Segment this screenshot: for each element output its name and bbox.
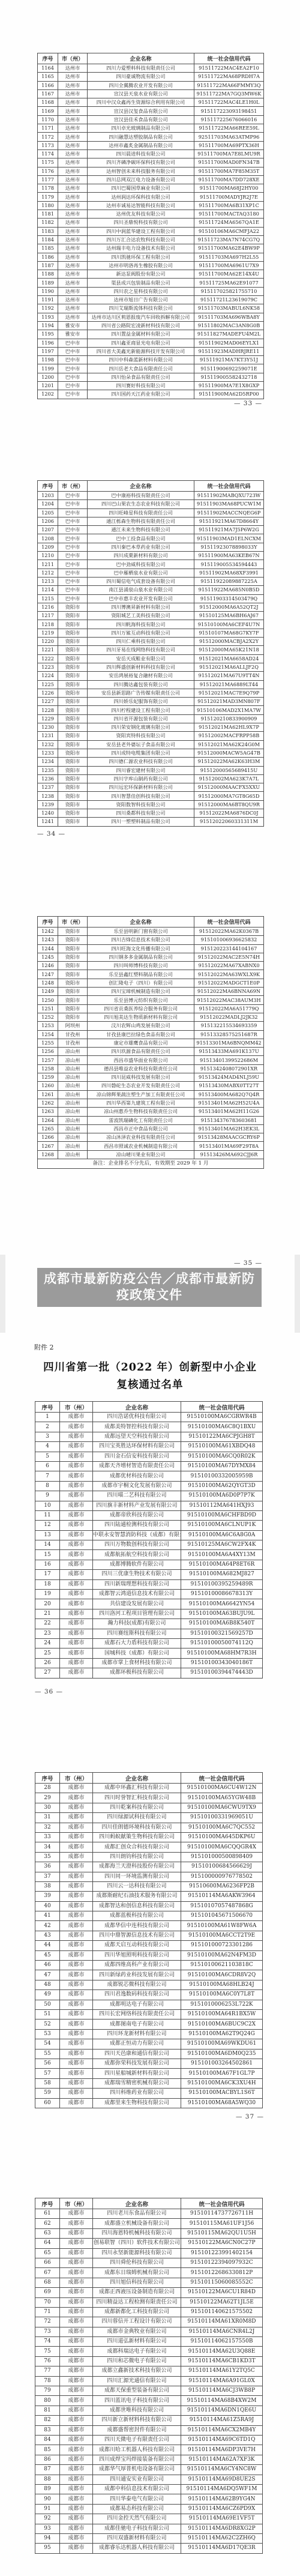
row-number-cell: 1184: [38, 235, 58, 244]
company-name-cell: 达州市鑫炙金属制品有限公司: [88, 141, 194, 149]
row-number-cell: 42: [35, 1921, 60, 1931]
table-row: 95成都市成都睿乐达机器人科技有限公司91510114MA6D17QE3R: [35, 2544, 263, 2553]
city-cell: 凉山州: [58, 1116, 88, 1124]
table-row: 27成都市成都环极科技有限公司91510100394474443D: [35, 1668, 263, 1678]
credit-code-cell: 91510100050074112Q: [181, 1638, 263, 1648]
company-name-cell: 四川省贡桑医养综合服务有限公司: [88, 1004, 194, 1013]
table-row: 1231资阳市资阳宾特科技有限公司91512002MACFRPP58B: [38, 732, 264, 740]
page-edge-shadow-left: [0, 1255, 5, 1333]
column-header: 市（州）: [58, 917, 88, 928]
table-row: 51成都市四川长宏网络科技有限责任公司91510100MA64R1BX5W: [35, 2009, 263, 2019]
company-name-cell: 西昌市照诚农业机械制造有限公司: [88, 1142, 194, 1150]
company-name-cell: 四川磐砣生态农业开发有限责任公司: [88, 1082, 194, 1090]
table-row: 11成都市成都帝欣科技有限公司91510100MA6CHFBD9D: [35, 1510, 263, 1520]
city-cell: 资阳市: [58, 629, 88, 637]
row-number-cell: 5: [35, 1452, 60, 1461]
table-row: 94成都市四川双盛新材料有限公司91510114MA62C2ZH6Q: [35, 2533, 263, 2543]
row-number-cell: 71: [35, 2307, 60, 2317]
table-row: 58成都市成都瑞雪精密机械有限公司91510100MA6CK3XU4H: [35, 2078, 263, 2088]
city-cell: 阿坝州: [58, 1022, 88, 1030]
company-name-cell: 巴中康裕科技有限责任公司: [88, 492, 194, 500]
row-number-cell: 1215: [38, 594, 58, 603]
credit-code-cell: 91510100MA6CGRWR4B: [181, 1413, 263, 1422]
row-number-cell: 1249: [38, 988, 58, 996]
credit-code-cell: 91511923MADHRJRE11: [194, 347, 264, 355]
company-name-cell: 西昌市盛华面业有限公司: [88, 1056, 194, 1064]
table-row: 48成都市成都锐芯微科技有限公司91510100MA68HLB24J: [35, 1980, 263, 1989]
table-row: 1252资阳市四川旭美达生物质新材料有限公司91512022MADLJ2JK32: [38, 1013, 264, 1021]
credit-code-cell: 91510100332005959B: [181, 1471, 263, 1481]
company-name-cell: 成都石大力盾科技有限公司: [93, 1638, 181, 1648]
row-number-cell: 34: [35, 1842, 60, 1852]
row-number-cell: 9: [35, 1491, 60, 1501]
doc-title: 四川省第一批（2022 年）创新型中小企业 复核通过名单: [0, 1359, 300, 1394]
table-row: 61成都市四川老川东食品有限公司91510114737726711H: [35, 2209, 263, 2219]
table-row: 80成都市四川蓝讯电子科技有限公司91510114MA68B4XW2M: [35, 2396, 263, 2406]
row-number-cell: 28: [35, 1784, 60, 1793]
credit-code-cell: 915120210833900909: [194, 714, 264, 723]
credit-code-cell: 91511903MA68PUCW1M: [194, 500, 264, 508]
credit-code-cell: 91510114MA6DR8XG2P: [181, 2524, 263, 2533]
row-number-cell: 1214: [38, 586, 58, 594]
row-number-cell: 21: [35, 1609, 60, 1618]
row-number-cell: 32: [35, 1823, 60, 1832]
table-row: 1225资阳市四川腾达鑫包装有限公司91512021MA6889LT44: [38, 680, 264, 689]
credit-code-cell: 91510100MA67F1GL7P: [181, 2069, 263, 2078]
city-cell: 巴中市: [58, 500, 88, 508]
city-cell: 资阳市: [58, 740, 88, 749]
credit-code-cell: 91510114MA6CX2MB4Y: [181, 2425, 263, 2435]
company-name-cell: 西昌市正中食品有限公司: [88, 1124, 194, 1133]
credit-code-cell: 91511703MA696WBA8Y: [194, 313, 264, 321]
credit-code-cell: 91510114MA6AKW3964: [181, 1892, 263, 1901]
company-name-cell: 成都易态科技有限公司: [93, 2504, 181, 2514]
row-number-cell: 1190: [38, 287, 58, 295]
page-edge-shadow-right: [295, 1255, 300, 1333]
table-row: 16成都市成都博腾软件有限公司91510100MA64P8ET6R: [35, 1560, 263, 1569]
row-number-cell: 1177: [38, 175, 58, 184]
company-name-cell: 四川一塑塑料制品有限公司: [88, 818, 194, 826]
row-number-cell: 1175: [38, 158, 58, 167]
city-cell: 凉山州: [58, 1090, 88, 1099]
credit-code-cell: 91510100394474443D: [181, 1668, 263, 1678]
city-cell: 成都市: [60, 2366, 93, 2376]
city-cell: 成都市: [60, 2494, 93, 2504]
table-row: 1239资阳市资阳数智科技有限公司91512000MA6BT8QU9R: [38, 800, 264, 809]
table-row: 36成都市成都海兰天澄科技股份有限公司91510100684566629J: [35, 1862, 263, 1872]
city-cell: 成都市: [60, 1560, 93, 1569]
table-row: 1184达州市四川万汇合达农牧科技有限公司91511723MA7N74CG7Q: [38, 235, 264, 244]
row-number-cell: 78: [35, 2376, 60, 2386]
company-name-cell: 四川巴蜀国草麻业有限公司: [88, 184, 194, 193]
city-cell: 成都市: [60, 2228, 93, 2238]
company-name-cell: 四川永坚新能源科技有限公司: [93, 2248, 181, 2258]
table-header-row: 序号市（州）企业名称统一社会信用代码: [35, 2198, 263, 2209]
city-cell: 成都市: [60, 2455, 93, 2464]
table-header-row: 序号市（州）企业名称统一社会信用代码: [35, 1402, 263, 1413]
table-row: 1168达州市四川中汉众鑫再生资源综合利用有限公司91511722MAC4LE1…: [38, 98, 264, 107]
row-number-cell: 1198: [38, 356, 58, 364]
credit-code-cell: 91510114MA6A91GL0X: [181, 2376, 263, 2386]
table-row: 22成都市瀚力科技(成都)有限公司91510100MA6B8K540T: [35, 1619, 263, 1629]
company-name-cell: 四川晨进科技有限公司: [88, 149, 194, 158]
row-number-cell: 1235: [38, 766, 58, 774]
table-row: 19成都市成都智云鸿道信息技术有限公司91510100086678313Y: [35, 1590, 263, 1599]
row-number-cell: 1193: [38, 313, 58, 321]
table-header-row: 序号市（州）企业名称统一社会信用代码: [38, 917, 264, 928]
table-row: 1209巴中市四川秦巴本草药业有限公司91511923078898033Y: [38, 543, 264, 551]
table-row: 39成都市成都斯耐纪石油技术服务有限公司91510114MA6AKW3964: [35, 1892, 263, 1901]
row-number-cell: 1167: [38, 89, 58, 98]
company-name-cell: 四川华泰电气有限公司: [93, 2494, 181, 2504]
row-number-cell: 1232: [38, 740, 58, 749]
table-row: 1218资阳市四川帆海科技有限公司91510100MA6CEF4U7N: [38, 620, 264, 629]
city-cell: 资阳市: [58, 970, 88, 979]
city-cell: 达州市: [58, 244, 88, 253]
table-row: 1234资阳市四川德仁源农业科技有限公司91512022MA62K63H3M: [38, 758, 264, 766]
row-number-cell: 65: [35, 2248, 60, 2258]
credit-code-cell: 91510100MA67DYMX84: [181, 1461, 263, 1471]
credit-code-cell: 91510100MA682MJ827: [181, 1570, 263, 1579]
row-number-cell: 1251: [38, 1004, 58, 1013]
column-header: 统一社会信用代码: [194, 481, 264, 492]
row-number-cell: 1263: [38, 1108, 58, 1116]
credit-code-cell: 91513401MA62H3EK3L: [194, 1124, 264, 1133]
table-row: 76成都市四川和芯微电子有限公司91510114MA6CB1KD3T: [35, 2356, 263, 2366]
city-cell: 成都市: [60, 1862, 93, 1872]
credit-code-cell: 91510100343040186T: [181, 1658, 263, 1668]
column-header: 市（州）: [58, 53, 88, 64]
credit-code-cell: 91512022MA6A51779Q: [194, 1004, 264, 1013]
credit-code-cell: 91510114062157550B: [181, 2337, 263, 2347]
table-row: 87成都市成都华气厚普机电设备有限公司91510114MA6CY4NC8W: [35, 2465, 263, 2475]
company-name-cell: 四川双盛新材料有限公司: [93, 2533, 181, 2543]
table-row: 34成都市成都汇创众合科技有限公司91510100MA6CQQGR4X: [35, 1842, 263, 1852]
credit-code-cell: 91510100MA6C6A8G0A: [181, 1530, 263, 1540]
credit-code-cell: 91510122MA6CN0C27P: [181, 2239, 263, 2248]
company-name-cell: 四川时誉智汇科技有限公司: [93, 1793, 181, 1803]
row-number-cell: 1236: [38, 774, 58, 783]
row-number-cell: 60: [35, 2098, 60, 2108]
table-row: 1247资阳市乐至县鑫红塑料制品有限公司91512022MA63WXLX9K: [38, 970, 264, 979]
row-number-cell: 1266: [38, 1133, 58, 1142]
city-cell: 成都市: [60, 1813, 93, 1823]
company-name-cell: 宣汉县天泉水业有限公司: [88, 89, 194, 98]
company-name-cell: 四川蓉信开工程设计有限公司: [93, 2317, 181, 2327]
row-number-cell: 1191: [38, 296, 58, 304]
table-row: 1178达州市四川巴蜀国草麻业有限公司91511700MA68J2HY00: [38, 184, 264, 193]
table-row: 35成都市四川朗钧科技有限公司915101000500898409: [35, 1852, 263, 1862]
company-name-cell: 凉山沐泽农业科技有限责任公司: [88, 1133, 194, 1142]
row-number-cell: 1213: [38, 577, 58, 585]
city-cell: 资阳市: [58, 800, 88, 809]
company-name-cell: 达州市诚易达智能科技有限公司: [88, 201, 194, 210]
city-cell: 成都市: [60, 2386, 93, 2396]
table-row: 2成都市成都美特智控科技有限公司91510100MA6C8Q1BXU: [35, 1422, 263, 1432]
city-cell: 成都市: [60, 1901, 93, 1911]
credit-code-cell: 91510100MA61W8FW6A: [181, 1921, 263, 1931]
row-number-cell: 14: [35, 1540, 60, 1550]
company-name-cell: 四川鑫亚商显光电有限公司: [88, 339, 194, 347]
row-number-cell: 93: [35, 2524, 60, 2533]
table-row: 1198巴中市四川中科森蓝新材料有限公司91511921MA7KT3Y51J: [38, 356, 264, 364]
table-row: 55成都市四川天邑康和通信有限公司91510100MA6DM0Q235: [35, 2049, 263, 2059]
city-cell: 成都市: [60, 1872, 93, 1881]
table-row: 81成都市成都世唯科技有限公司91510114MA6DN1QE6U: [35, 2406, 263, 2415]
table-row: 12成都市四川陆通检测科技有限公司91510100MA6CLNUP1K: [35, 1521, 263, 1530]
company-name-cell: 四川旺海文化传播有限公司: [88, 944, 194, 953]
company-name-cell: 安岳天成鞋业有限公司: [88, 654, 194, 663]
row-number-cell: 1257: [38, 1056, 58, 1064]
table-row: 1172达州市四川融慧达塑胶制品有限公司92511703MA63ATMP96: [38, 133, 264, 141]
table-row: 20成都市共信建设发展有限公司91510100MA6642YN54: [35, 1599, 263, 1609]
row-number-cell: 1234: [38, 758, 58, 766]
table-row: 1227资阳市四川娇乐妃服饰有限公司91512021MAD3MN807F: [38, 698, 264, 706]
row-number-cell: 1222: [38, 654, 58, 663]
credit-code-cell: 91510122MA6CU1R84D: [181, 2288, 263, 2297]
row-number-cell: 83: [35, 2425, 60, 2435]
table-row: 1211巴中市巴中劲威科技有限公司915119005534594443: [38, 560, 264, 569]
credit-code-cell: 91511903MAD1ELNCXM: [194, 534, 264, 543]
city-cell: 成都市: [60, 1648, 93, 1658]
row-number-cell: 1187: [38, 261, 58, 270]
city-cell: 成都市: [60, 2504, 93, 2514]
company-name-cell: 成都弥荣科技发展有限公司: [93, 2059, 181, 2068]
table-row: 68成都市四川旭信科技有限公司91510115060085552C: [35, 2278, 263, 2287]
column-header: 企业名称: [88, 53, 194, 64]
row-number-cell: 24: [35, 1638, 60, 1648]
scanned-document-page: 序号市（州）企业名称统一社会信用代码1164达州市四川力爱塑料科技有限责任公司9…: [0, 0, 300, 2576]
row-number-cell: 55: [35, 2049, 60, 2059]
company-name-cell: 巴中工投食品有限公司: [88, 534, 194, 543]
company-name-cell: 成都帝欣科技有限公司: [93, 1510, 181, 1520]
city-cell: 达州市: [58, 219, 88, 227]
credit-code-cell: 91510100MA6CLNUP1K: [181, 1521, 263, 1530]
row-number-cell: 1240: [38, 809, 58, 817]
credit-code-cell: 91513401399522686M: [194, 1056, 264, 1064]
table-row: 1成都市四川浩诺优科技有限公司91510100MA6CGRWR4B: [35, 1413, 263, 1422]
company-name-cell: 四川蜀信电气成套设备有限公司: [88, 577, 194, 585]
table-row: 1235资阳市四川睿宏建材有限公司91512000565689415U: [38, 766, 264, 774]
row-number-cell: 68: [35, 2278, 60, 2287]
credit-code-cell: 91511921MA7J5P6W2G: [194, 526, 264, 534]
credit-code-cell: 91512022MA6876DC0J: [194, 809, 264, 817]
city-cell: 达州市: [58, 64, 88, 73]
table-row: 1199巴中市四川岳老大食品有限责任公司91511900692259071E: [38, 364, 264, 373]
company-table-page37: 序号市（州）企业名称统一社会信用代码28成都市成都中环鑫汇科技有限公司91510…: [35, 1772, 263, 2108]
credit-code-cell: 91510100684566629J: [181, 1862, 263, 1872]
credit-code-cell: 91510112MA641HXJ93: [181, 1501, 263, 1510]
city-cell: 资阳市: [58, 723, 88, 732]
row-number-cell: 1176: [38, 167, 58, 175]
table-row: 47成都市四川新绿药业科技发展有限公司91510100MA6CDR8V2Q: [35, 1970, 263, 1980]
credit-code-cell: 91510100MACBYL1S6T: [181, 2089, 263, 2098]
credit-code-cell: 91511903314503479Q: [194, 594, 264, 603]
company-name-cell: 成都天齐增材智造有限责任公司: [93, 1461, 181, 1471]
company-name-cell: 成都华气厚普机电设备有限公司: [93, 2465, 181, 2475]
city-cell: 达州市: [58, 193, 88, 201]
table-row: 52成都市成都图南电子有限公司91510100MA6BUC9C2X: [35, 2019, 263, 2029]
row-number-cell: 72: [35, 2317, 60, 2327]
company-name-cell: 成都远望天空科技有限公司: [93, 1432, 181, 1441]
row-number-cell: 47: [35, 1970, 60, 1980]
row-number-cell: 37: [35, 1872, 60, 1881]
city-cell: 雅安市: [58, 330, 88, 339]
credit-code-cell: 91510100MA6CK3XU4H: [181, 2078, 263, 2088]
table-row: 65成都市四川永坚新能源科技有限公司915101223991402154: [35, 2248, 263, 2258]
row-number-cell: 1252: [38, 1013, 58, 1021]
credit-code-cell: 91510100MA63BUJU9L: [181, 1609, 263, 1618]
credit-code-cell: 91512000MA7GT8G65D: [194, 792, 264, 800]
company-name-cell: 四川帆海科技有限公司: [88, 620, 194, 629]
company-name-cell: 成都智云鸿道信息技术有限公司: [93, 1590, 181, 1599]
city-cell: 凉山州: [58, 1108, 88, 1116]
company-name-cell: 四川成焊宝玛焊接装备有限公司: [93, 2455, 181, 2464]
company-name-cell: 四川置益金属材料有限公司: [88, 330, 194, 339]
row-number-cell: 1247: [38, 970, 58, 979]
city-cell: 成都市: [60, 1921, 93, 1931]
row-number-cell: 46: [35, 1961, 60, 1970]
credit-code-cell: 91512021MA6658AD24: [194, 654, 264, 663]
city-cell: 资阳市: [58, 758, 88, 766]
city-cell: 资阳市: [58, 603, 88, 611]
company-name-cell: 四川成特电缆集团有限公司: [88, 749, 194, 757]
credit-code-cell: 91510100MA68HM7R3H: [181, 1648, 263, 1658]
credit-code-cell: 91510100MA6CDR8V2Q: [181, 1970, 263, 1980]
credit-code-cell: 91510114MA62A7XF3K: [181, 2455, 263, 2464]
city-cell: 达州市: [58, 73, 88, 81]
row-number-cell: 52: [35, 2019, 60, 2029]
column-header: 序号: [38, 53, 58, 64]
credit-code-cell: 91510100MA69WKDU61: [181, 2039, 263, 2049]
attachment-label: 附件 2: [34, 1342, 54, 1352]
company-name-cell: 成都博腾软件有限公司: [93, 1560, 181, 1569]
row-number-cell: 1: [35, 1413, 60, 1422]
city-cell: 成都市: [60, 2445, 93, 2455]
table-row: 1201巴中市四川赛好科技有限公司91511900MA7E1X8GXP: [38, 381, 264, 390]
table-row: 83成都市成都盛帮密封件有限公司91510114MA6CX2MB4Y: [35, 2425, 263, 2435]
table-row: 91成都市成都易态科技有限公司91510114MA6CZ6PD9X: [35, 2504, 263, 2514]
table-row: 24成都市成都石大力盾科技有限公司91510100050074112Q: [35, 1638, 263, 1648]
company-name-cell: 四川牙易在线网络科技有限公司: [88, 646, 194, 654]
company-name-cell: 成都里来生物科技有限公司: [93, 2098, 181, 2108]
city-cell: 成都市: [60, 2239, 93, 2248]
table-row: 90成都市四川华泰电气有限公司91510114MA62B9YG4N: [35, 2494, 263, 2504]
city-cell: 资阳市: [58, 809, 88, 817]
table-row: 43成都市四川中鼎智源信息技术有限公司91510100MA6CCT2T9E: [35, 1931, 263, 1940]
city-cell: 成都市: [60, 2000, 93, 2009]
table-row: 1222资阳市安岳天成鞋业有限公司91512021MA6658AD24: [38, 654, 264, 663]
page-number-33: — 33 —: [234, 400, 262, 407]
credit-code-cell: 91511721L23619079C: [194, 296, 264, 304]
company-name-cell: 四川朗钧科技有限公司: [93, 1852, 181, 1862]
table-row: 84成都市四川天微电子有限责任公司91510114MA69C6TD1Q: [35, 2435, 263, 2445]
table-row: 1187达州市达州市明洛再生橡胶有限公司91511700MA6961U7X9: [38, 261, 264, 270]
table-row: 31成都市四川绿源试科技有限公司91510100331969051U: [35, 1813, 263, 1823]
table-row: 1240资阳市四川桑都科技有限公司91512022MA6876DC0J: [38, 809, 264, 817]
row-number-cell: 1260: [38, 1082, 58, 1090]
company-name-cell: 安岳鸿展裕复合融材有限公司: [88, 672, 194, 680]
table-row: 1210巴中市四川成栗新材料有限公司91511900MA63KEB67N: [38, 552, 264, 560]
company-name-cell: 四川国药天江药业有限公司: [88, 390, 194, 399]
company-name-cell: 成都华信中连科技有限公司: [93, 1921, 181, 1931]
credit-code-cell: 91510100MA645DKP6U: [181, 1832, 263, 1842]
city-cell: 甘孜州: [58, 1039, 88, 1047]
city-cell: 成都市: [60, 1784, 93, 1793]
city-cell: 成都市: [60, 2268, 93, 2278]
row-number-cell: 17: [35, 1570, 60, 1579]
credit-code-cell: 91510114MA61Z5RA9J: [181, 2416, 263, 2425]
row-number-cell: 85: [35, 2445, 60, 2455]
credit-code-cell: 91511722MAC4LE1H0L: [194, 98, 264, 107]
column-header: 企业名称: [93, 2198, 181, 2209]
credit-code-cell: 91510100321569257D: [181, 1629, 263, 1638]
city-cell: 达州市: [58, 184, 88, 193]
city-cell: 成都市: [60, 1852, 93, 1862]
row-number-cell: 1261: [38, 1090, 58, 1099]
credit-code-cell: 91510122MA6CPJGH8T: [181, 1432, 263, 1441]
company-name-cell: 四川叫师博科技有限公司: [88, 962, 194, 970]
company-name-cell: 四川天微电子有限责任公司: [93, 2435, 181, 2445]
company-name-cell: 成都川哈工机器人科技有限公司: [93, 2445, 181, 2455]
row-number-cell: 1173: [38, 141, 58, 149]
table-row: 50成都市成都明达电子有限公司9151010006253L722K: [35, 2000, 263, 2009]
city-cell: 巴中市: [58, 569, 88, 577]
table-row: 6成都市成都天齐增材智造有限责任公司91510100MA67DYMX84: [35, 1461, 263, 1471]
table-row: 1236资阳市四川字库山制药有限公司91512002MA623K7A7L: [38, 774, 264, 783]
company-name-cell: 成都盛立机械设备有限公司: [93, 2219, 181, 2228]
city-cell: 成都市: [60, 2248, 93, 2258]
table-row: 71成都市成都新都化工科技有限公司915101140621575502: [35, 2307, 263, 2317]
city-cell: 资阳市: [58, 1013, 88, 1021]
company-name-cell: 成都天保重型装备有限公司: [93, 2386, 181, 2396]
company-name-cell: 乐至县明新门窗有限公司: [88, 928, 194, 936]
row-number-cell: 45: [35, 1950, 60, 1960]
credit-code-cell: 91511724MA6567QA1E: [194, 219, 264, 227]
city-cell: 达州市: [58, 270, 88, 279]
city-cell: 成都市: [60, 2009, 93, 2019]
credit-code-cell: 91511700MACTAQ3180: [194, 210, 264, 219]
city-cell: 凉山州: [58, 1124, 88, 1133]
city-cell: 达州市: [58, 287, 88, 295]
row-number-cell: 1230: [38, 723, 58, 732]
row-number-cell: 1180: [38, 201, 58, 210]
city-cell: 成都市: [60, 2416, 93, 2425]
table-row: 1177达州市四川总网双江电力设备有限公司91511700MA7DD728XE: [38, 175, 264, 184]
row-number-cell: 1181: [38, 210, 58, 219]
table-row: 1194雅安市四川省公路院宏凌新材科技有限公司91511802MAC3AN8G0…: [38, 321, 264, 330]
table-row: 86成都市四川成焊宝玛焊接装备有限公司91510114MA62A7XF3K: [35, 2455, 263, 2464]
company-name-cell: 四川岳老大食品有限责任公司: [88, 364, 194, 373]
city-cell: 成都市: [60, 1501, 93, 1510]
row-number-cell: 1209: [38, 543, 58, 551]
column-header: 企业名称: [93, 1773, 181, 1784]
table-row: 1233资阳市四川成特电缆集团有限公司91512000MACW5AG47B: [38, 749, 264, 757]
company-name-cell: 成都蓝极科技有限公司: [93, 1911, 181, 1921]
credit-code-cell: 91511900MA7E1X8GXP: [194, 381, 264, 390]
credit-code-cell: 915101140621575502: [181, 2307, 263, 2317]
city-cell: 成都市: [60, 1793, 93, 1803]
company-name-cell: 四川旗丰新材料产业发展有限公司: [93, 1501, 181, 1510]
city-cell: 巴中市: [58, 373, 88, 381]
company-name-cell: 成都航拓航空科技有限公司: [93, 1550, 181, 1560]
credit-code-cell: 91511700MA6961U7X9: [194, 261, 264, 270]
row-number-cell: 67: [35, 2268, 60, 2278]
city-cell: 成都市: [60, 2425, 93, 2435]
company-name-cell: 四川昆威科技发展有限公司: [88, 1073, 194, 1082]
company-name-cell: 四川桑都科技有限公司: [88, 809, 194, 817]
company-name-cell: 四川博澳昇新材料有限公司: [88, 603, 194, 611]
